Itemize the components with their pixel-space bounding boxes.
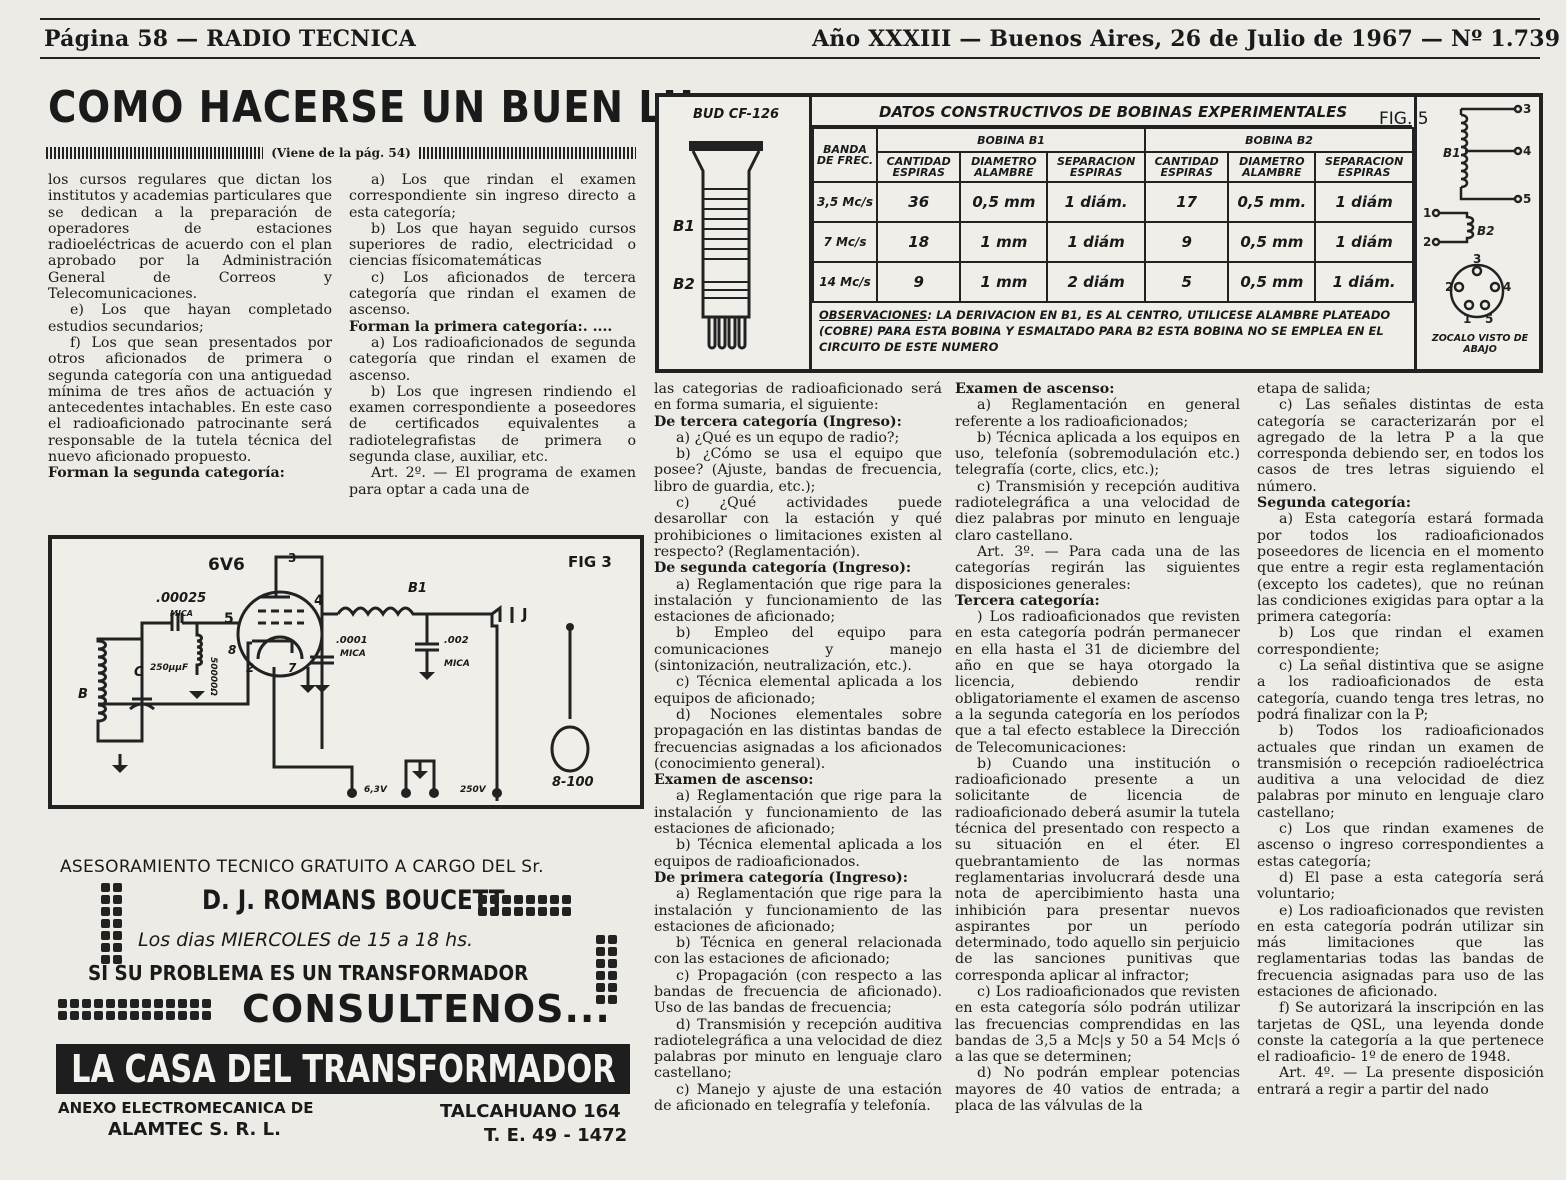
paragraph: d) Transmisión y recepción auditiva radi… [654, 1017, 942, 1082]
band-cell: 7 Mc/s [813, 222, 877, 262]
section-heading: Forman la segunda categoría: [48, 465, 332, 481]
sub-header: SEPARACION ESPIRAS [1047, 152, 1145, 182]
article-column-5: etapa de salida;c) Las señales distintas… [1257, 381, 1544, 1176]
article-column-4: Examen de ascenso:a) Reglamentación en g… [955, 381, 1240, 1176]
hatch-decoration [46, 147, 263, 159]
paragraph: las categorias de radioaficionado será e… [654, 381, 942, 414]
plate-supply-label: 250V [460, 785, 486, 795]
svg-text:4: 4 [1503, 280, 1511, 294]
paragraph: a) Reglamentación que rige para la insta… [654, 788, 942, 837]
paragraph: a) ¿Qué es un equpo de radio?; [654, 430, 942, 446]
coil-label: B [78, 687, 88, 702]
paragraph: Art. 3º. — Para cada una de las categorí… [955, 544, 1240, 593]
paragraph: a) Los que rindan el examen correspondie… [349, 172, 636, 221]
cap2-value: .0001 [336, 635, 368, 646]
coil-schematic-icon: 345 12 B1B2 324 15 [1419, 101, 1537, 331]
lamp-label: 8-100 [552, 775, 594, 790]
section-heading: Forman la primera categoría:. .... [349, 319, 636, 335]
winding-label-b1: B1 [673, 217, 695, 235]
ad-name: D. J. ROMANS BOUCETT [202, 885, 505, 916]
svg-text:5: 5 [1523, 192, 1531, 206]
socket-caption: ZOCALO VISTO DE ABAJO [1425, 333, 1535, 355]
paragraph: b) Técnica elemental aplicada a los equi… [654, 837, 942, 870]
pin-label: 2 [246, 661, 254, 675]
divider [1414, 97, 1417, 369]
paragraph: c) Propagación (con respecto a las banda… [654, 968, 942, 1017]
table-cell: 18 [877, 222, 960, 262]
cap1-value: .00025 [156, 591, 206, 606]
paragraph: ) Los radioaficionados que revisten en e… [955, 609, 1240, 756]
article-column-2: a) Los que rindan el examen correspondie… [349, 172, 636, 512]
transformer-advertisement: ASESORAMIENTO TECNICO GRATUITO A CARGO D… [46, 855, 636, 1155]
table-cell: 5 [1145, 262, 1228, 302]
fig5-coil-data-figure: BUD CF-126 B1 B2 DATOS CONSTRUCTIVOS DE … [655, 93, 1543, 373]
fig3-label: FIG 3 [568, 553, 612, 571]
sub-header: DIAMETRO ALAMBRE [960, 152, 1047, 182]
fig5-title: DATOS CONSTRUCTIVOS DE BOBINAS EXPERIMEN… [879, 103, 1347, 121]
table-cell: 9 [877, 262, 960, 302]
paragraph: c) Los que rindan examenes de ascenso o … [1257, 821, 1544, 870]
paragraph: b) Técnica en general relacionada con la… [654, 935, 942, 968]
pin-label: 5 [224, 611, 234, 627]
section-heading: De primera categoría (Ingreso): [654, 870, 942, 886]
table-cell: 1 diám [1315, 222, 1413, 262]
continued-from-text: (Viene de la pág. 54) [271, 146, 411, 160]
table-cell: 0,5 mm [1228, 222, 1315, 262]
paragraph: Art. 2º. — El programa de examen para op… [349, 465, 636, 498]
paragraph: c) Técnica elemental aplicada a los equi… [654, 674, 942, 707]
section-heading: Segunda categoría: [1257, 495, 1544, 511]
ad-brand-banner: LA CASA DEL TRANSFORMADOR [56, 1044, 630, 1094]
sub-header: SEPARACION ESPIRAS [1315, 152, 1413, 182]
band-header: BANDA DE FREC. [813, 128, 877, 182]
table-cell: 1 mm [960, 222, 1047, 262]
pin-label: 3 [1523, 102, 1531, 116]
svg-text:B2: B2 [1477, 224, 1495, 238]
table-cell: 0,5 mm [960, 182, 1047, 222]
table-cell: 9 [1145, 222, 1228, 262]
table-cell: 17 [1145, 182, 1228, 222]
coil-form-panel: BUD CF-126 B1 B2 [659, 97, 812, 369]
ad-cta: CONSULTENOS... [242, 987, 611, 1031]
observations-block: OBSERVACIONES: LA DERIVACION EN B1, ES A… [819, 307, 1409, 355]
svg-text:2: 2 [1445, 280, 1453, 294]
table-row: 7 Mc/s 18 1 mm 1 diám 9 0,5 mm 1 diám [813, 222, 1413, 262]
table-row: 14 Mc/s 9 1 mm 2 diám 5 0,5 mm 1 diám. [813, 262, 1413, 302]
var-cap-value: 250μμF [150, 663, 188, 673]
paragraph: a) Reglamentación que rige para la insta… [654, 886, 942, 935]
coil-form-drawing-icon [669, 137, 799, 357]
observations-label: OBSERVACIONES [819, 308, 927, 322]
section-heading: De segunda categoría (Ingreso): [654, 560, 942, 576]
paragraph: los cursos regulares que dictan los inst… [48, 172, 332, 302]
group-header-b2: BOBINA B2 [1145, 128, 1413, 152]
fig3-circuit-figure: FIG 3 6V6 3 4 5 8 2 7 .00025 MICA 50000Ω… [48, 535, 644, 809]
paragraph: b) Todos los radioaficionados actuales q… [1257, 723, 1544, 821]
svg-text:4: 4 [1523, 144, 1531, 158]
pin-label: 8 [228, 643, 236, 657]
ad-hours: Los dias MIERCOLES de 15 a 18 hs. [138, 929, 473, 951]
paragraph: d) Nociones elementales sobre propagació… [654, 707, 942, 772]
paragraph: c) Los radioaficionados que revisten en … [955, 984, 1240, 1065]
cap1-type: MICA [170, 609, 193, 618]
svg-text:1: 1 [1423, 206, 1431, 220]
section-heading: De tercera categoría (Ingreso): [654, 414, 942, 430]
paragraph: f) Los que sean presentados por otros af… [48, 335, 332, 465]
table-cell: 1 diám. [1315, 262, 1413, 302]
table-cell: 1 diám [1315, 182, 1413, 222]
band-cell: 3,5 Mc/s [813, 182, 877, 222]
section-heading: Tercera categoría: [955, 593, 1240, 609]
article-headline: COMO HACERSE UN BUEN LU [48, 82, 567, 133]
group-header-b1: BOBINA B1 [877, 128, 1145, 152]
paragraph: b) Los que rindan el examen correspondie… [1257, 625, 1544, 658]
paragraph: Art. 4º. — La presente disposición entra… [1257, 1065, 1544, 1098]
table-cell: 0,5 mm [1228, 262, 1315, 302]
svg-text:B1: B1 [1443, 146, 1461, 160]
table-cell: 1 diám. [1047, 182, 1145, 222]
paragraph: etapa de salida; [1257, 381, 1544, 397]
svg-text:2: 2 [1423, 235, 1431, 249]
paragraph: c) Transmisión y recepción auditiva radi… [955, 479, 1240, 544]
winding-label-b2: B2 [673, 275, 695, 293]
paragraph: c) Manejo y ajuste de una estación de af… [654, 1082, 942, 1115]
dot-decoration [58, 999, 211, 1020]
section-heading: Examen de ascenso: [955, 381, 1240, 397]
svg-text:3: 3 [1473, 252, 1481, 266]
paragraph: b) ¿Cómo se usa el equipo que posee? (Aj… [654, 446, 942, 495]
paragraph: a) Esta categoría estará formada por tod… [1257, 511, 1544, 625]
paragraph: b) Los que hayan seguido cursos superior… [349, 221, 636, 270]
choke-label: B1 [408, 581, 427, 596]
table-cell: 0,5 mm. [1228, 182, 1315, 222]
pin-label: 7 [288, 661, 296, 675]
dot-decoration [101, 883, 122, 964]
masthead-left: Página 58 — RADIO TECNICA [44, 26, 416, 52]
sub-header: CANTIDAD ESPIRAS [877, 152, 960, 182]
article-column-1: los cursos regulares que dictan los inst… [48, 172, 332, 512]
paragraph: b) Los que ingresen rindiendo el examen … [349, 384, 636, 465]
hatch-decoration [419, 147, 636, 159]
ad-brand: LA CASA DEL TRANSFORMADOR [71, 1047, 616, 1091]
paragraph: a) Reglamentación en general referente a… [955, 397, 1240, 430]
paragraph: d) No podrán emplear potencias mayores d… [955, 1065, 1240, 1114]
pin-label: 3 [288, 551, 296, 565]
paragraph: c) Las señales distintas de esta categor… [1257, 397, 1544, 495]
cap3-type: MICA [444, 659, 470, 669]
paragraph: a) Reglamentación que rige para la insta… [654, 577, 942, 626]
jack-label: J [522, 605, 528, 623]
paragraph: f) Se autorizará la inscripción en las t… [1257, 1000, 1544, 1065]
sub-header: DIAMETRO ALAMBRE [1228, 152, 1315, 182]
ad-annex-1: ANEXO ELECTROMECANICA DE [58, 1099, 313, 1117]
table-cell: 2 diám [1047, 262, 1145, 302]
svg-text:5: 5 [1485, 312, 1493, 326]
paragraph: b) Empleo del equipo para comunicaciones… [654, 625, 942, 674]
ad-phone: T. E. 49 - 1472 [484, 1125, 627, 1146]
table-cell: 1 diám [1047, 222, 1145, 262]
pin-label: 4 [314, 593, 324, 609]
tube-label: 6V6 [208, 555, 245, 575]
ad-line-1: ASESORAMIENTO TECNICO GRATUITO A CARGO D… [60, 857, 544, 877]
var-cap-label: C [134, 665, 144, 680]
paragraph: e) Los radioaficionados que revisten en … [1257, 903, 1544, 1001]
section-heading: Examen de ascenso: [654, 772, 942, 788]
table-row: 3,5 Mc/s 36 0,5 mm 1 diám. 17 0,5 mm. 1 … [813, 182, 1413, 222]
article-column-3: las categorias de radioaficionado será e… [654, 381, 942, 1176]
masthead-right: Año XXXIII — Buenos Aires, 26 de Julio d… [812, 26, 1560, 52]
ad-address: TALCAHUANO 164 [440, 1101, 621, 1122]
paragraph: c) Los aficionados de tercera categoría … [349, 270, 636, 319]
paragraph: c) La señal distintiva que se asigne a l… [1257, 658, 1544, 723]
paragraph: a) Los radioaficionados de segunda categ… [349, 335, 636, 384]
ad-problem: SI SU PROBLEMA ES UN TRANSFORMADOR [88, 961, 528, 985]
ad-annex-2: ALAMTEC S. R. L. [108, 1119, 281, 1140]
paragraph: c) ¿Qué actividades puede desarollar con… [654, 495, 942, 560]
sub-header: CANTIDAD ESPIRAS [1145, 152, 1228, 182]
coil-form-label: BUD CF-126 [693, 107, 779, 122]
paragraph: d) El pase a esta categoría será volunta… [1257, 870, 1544, 903]
band-cell: 14 Mc/s [813, 262, 877, 302]
table-cell: 36 [877, 182, 960, 222]
paragraph: b) Cuando una institución o radioaficion… [955, 756, 1240, 984]
filament-supply-label: 6,3V [364, 785, 387, 795]
dot-decoration [478, 895, 571, 916]
svg-text:1: 1 [1463, 312, 1471, 326]
paragraph: e) Los que hayan completado estudios sec… [48, 302, 332, 335]
resistor-value: 50000Ω [208, 657, 218, 696]
cap3-value: .002 [444, 635, 469, 646]
coil-data-table: BANDA DE FREC. BOBINA B1 BOBINA B2 CANTI… [812, 127, 1414, 303]
paragraph: b) Técnica aplicada a los equipos en uso… [955, 430, 1240, 479]
continued-from-banner: (Viene de la pág. 54) [46, 145, 636, 161]
cap2-type: MICA [340, 649, 366, 659]
table-cell: 1 mm [960, 262, 1047, 302]
